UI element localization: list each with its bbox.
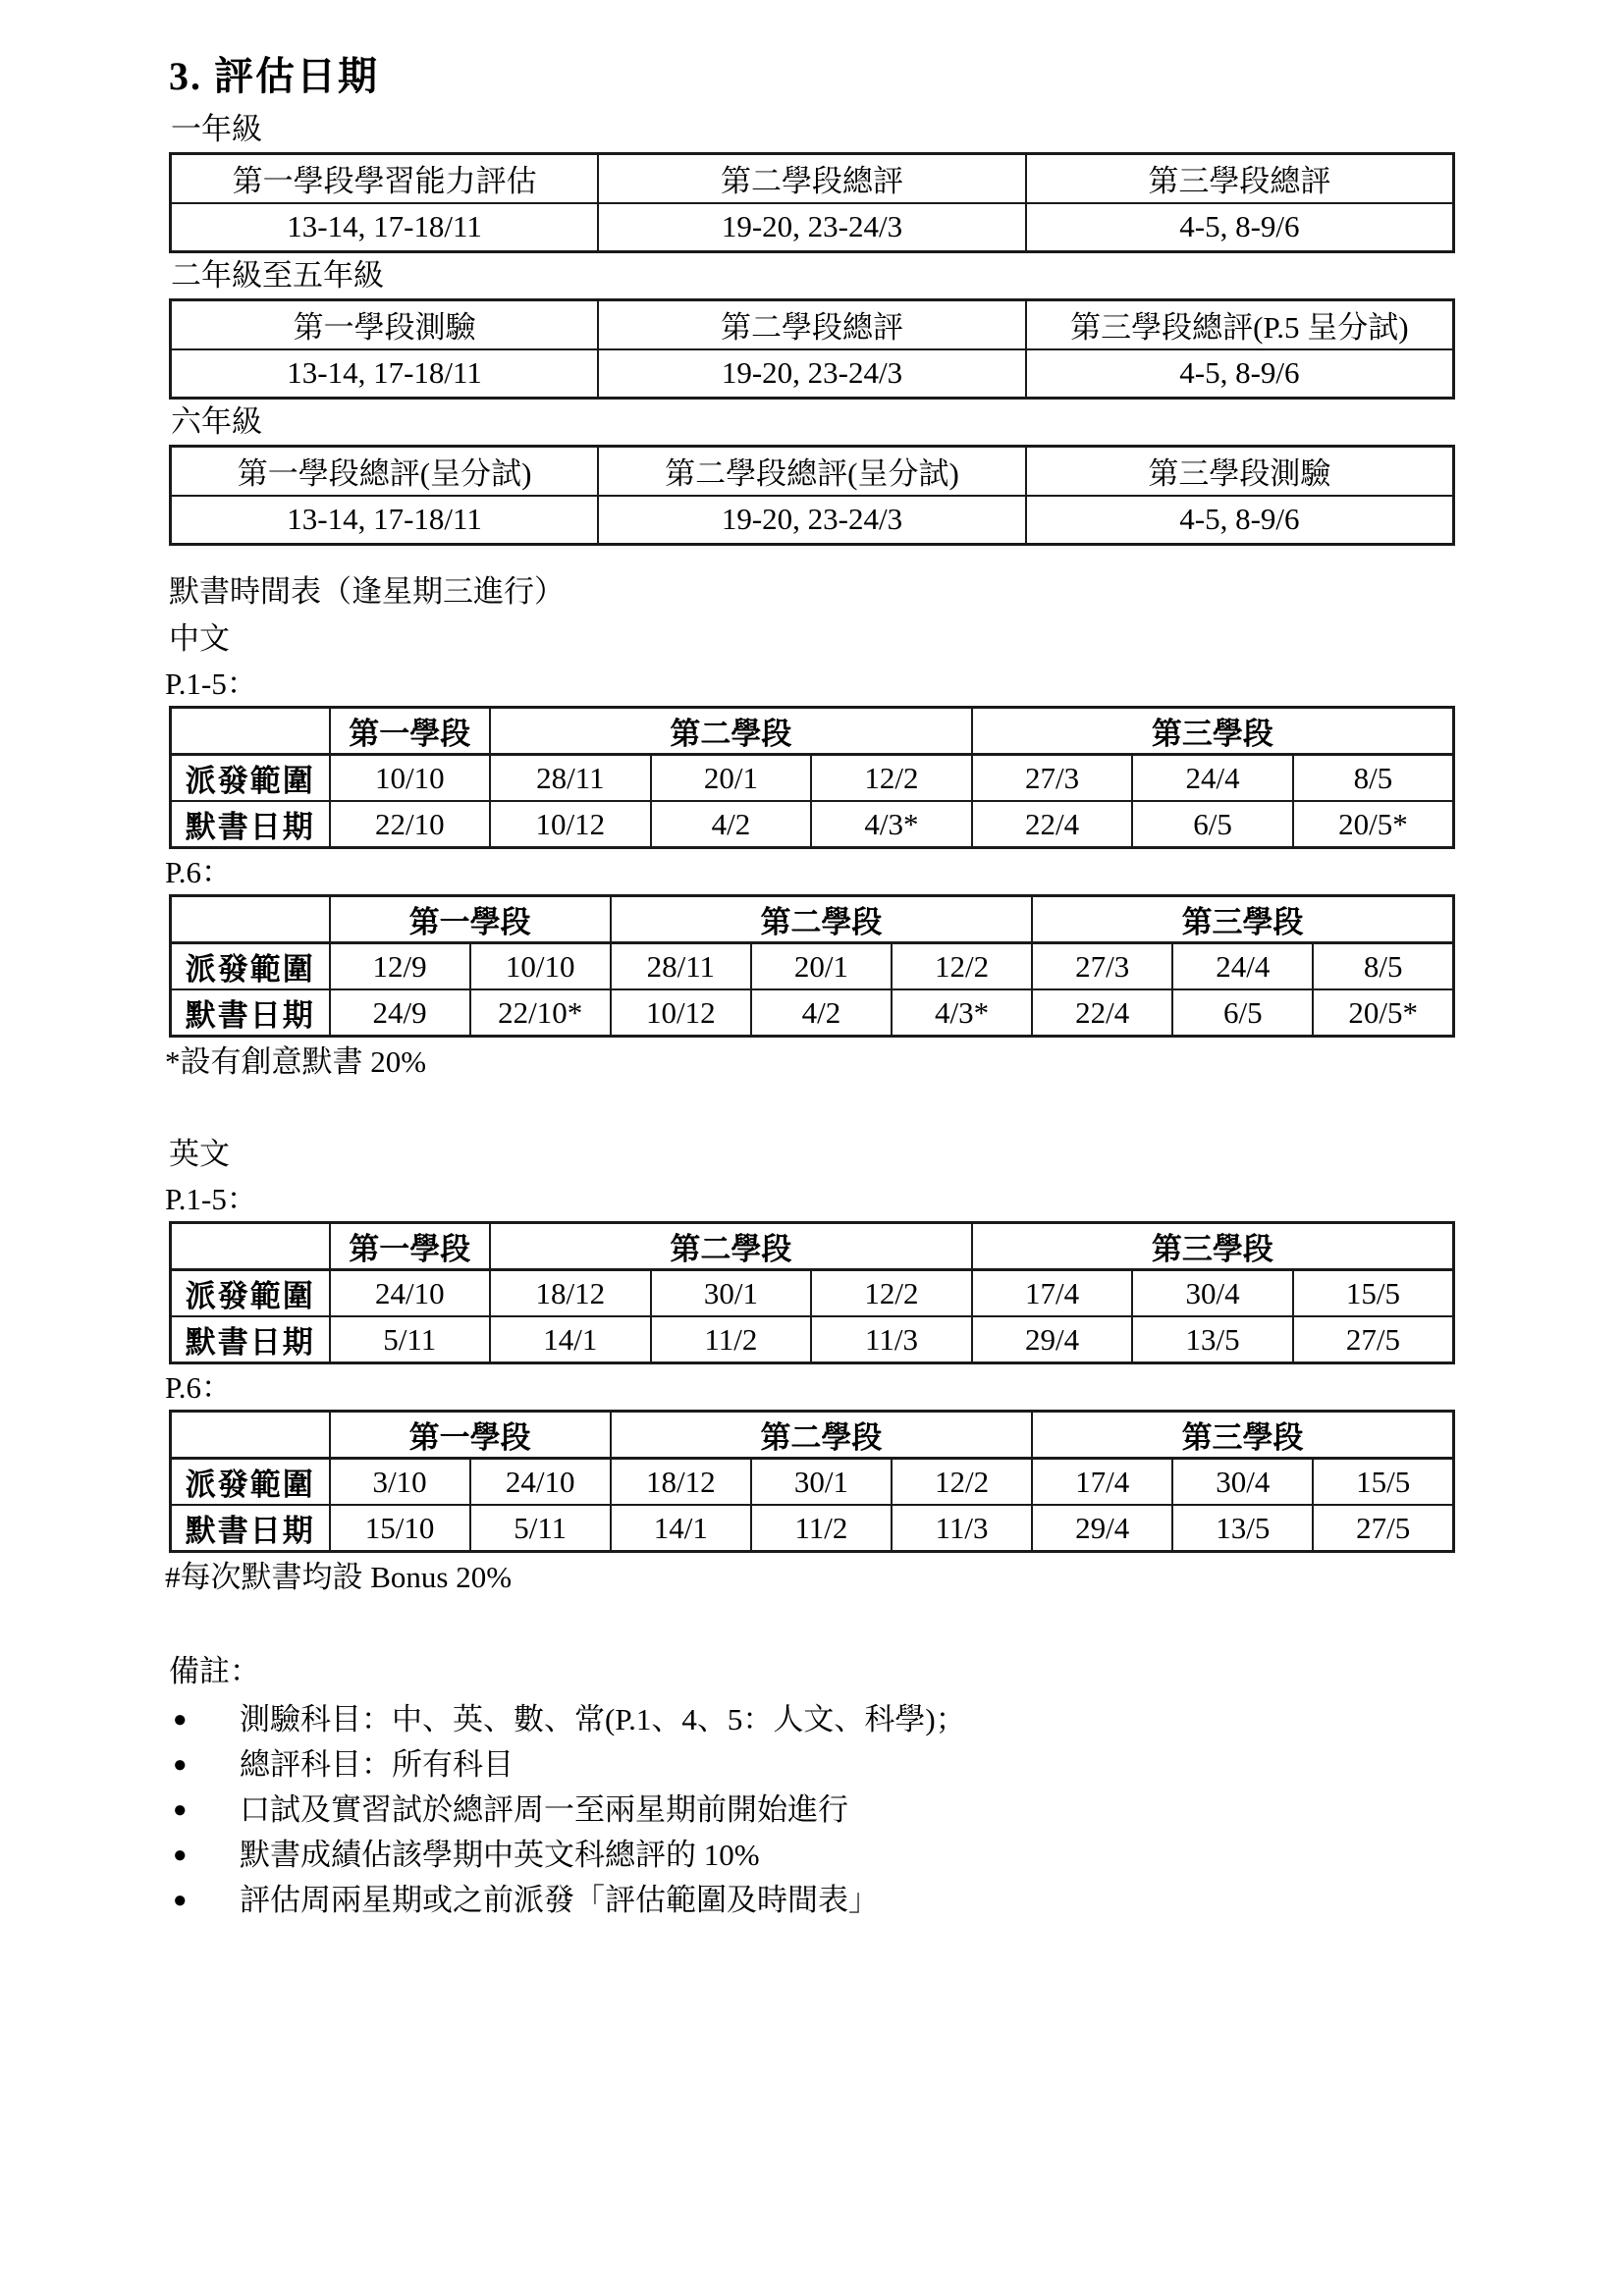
- date-cell: 27/5: [1313, 1505, 1453, 1552]
- term-header-cell: 第一學段測驗: [171, 300, 599, 349]
- term-header-cell: 第二學段: [490, 1223, 972, 1270]
- bullet-icon: ●: [169, 1742, 240, 1788]
- level-label-en-p15: P.1-5：: [165, 1180, 1455, 1219]
- term-header-cell: 第一學段總評(呈分試): [171, 447, 599, 496]
- bullet-icon: ●: [169, 1878, 240, 1923]
- date-cell: 3/10: [330, 1459, 470, 1506]
- date-cell: 4-5, 8-9/6: [1026, 203, 1454, 252]
- term-header-cell: 第一學段: [330, 1223, 491, 1270]
- date-cell: 10/12: [490, 801, 651, 848]
- row-label-cell: 派發範圍: [171, 1270, 330, 1317]
- date-cell: 8/5: [1313, 943, 1453, 990]
- assessment-table-p6: 第一學段總評(呈分試) 第二學段總評(呈分試) 第三學段測驗 13-14, 17…: [169, 445, 1455, 546]
- table-row: 第一學段總評(呈分試) 第二學段總評(呈分試) 第三學段測驗: [171, 447, 1454, 496]
- date-cell: 24/4: [1172, 943, 1313, 990]
- date-cell: 30/4: [1172, 1459, 1313, 1506]
- date-cell: 5/11: [470, 1505, 611, 1552]
- row-label-cell: 默書日期: [171, 1316, 330, 1363]
- date-cell: 19-20, 23-24/3: [598, 349, 1026, 399]
- term-header-cell: 第一學段: [330, 708, 491, 755]
- date-cell: 22/10: [330, 801, 491, 848]
- date-cell: 27/3: [1032, 943, 1172, 990]
- term-header-cell: 第二學段總評: [598, 154, 1026, 203]
- document-page: 3. 評估日期 一年級 第一學段學習能力評估 第二學段總評 第三學段總評 13-…: [0, 0, 1624, 2296]
- term-header-cell: 第二學段: [611, 896, 1032, 943]
- date-cell: 11/3: [811, 1316, 972, 1363]
- row-label-cell: 默書日期: [171, 1505, 330, 1552]
- term-header-cell: 第二學段總評: [598, 300, 1026, 349]
- table-row: 派發範圍 12/9 10/10 28/11 20/1 12/2 27/3 24/…: [171, 943, 1454, 990]
- date-cell: 15/5: [1293, 1270, 1454, 1317]
- date-cell: 4-5, 8-9/6: [1026, 349, 1454, 399]
- table-row: 第一學段 第二學段 第三學段: [171, 896, 1454, 943]
- table-row: 默書日期 15/10 5/11 14/1 11/2 11/3 29/4 13/5…: [171, 1505, 1454, 1552]
- date-cell: 11/2: [751, 1505, 892, 1552]
- english-footnote: #每次默書均設 Bonus 20%: [165, 1560, 1455, 1595]
- chinese-p15-table: 第一學段 第二學段 第三學段 派發範圍 10/10 28/11 20/1 12/…: [169, 706, 1455, 849]
- row-label-cell: 默書日期: [171, 989, 330, 1037]
- date-cell: 18/12: [490, 1270, 651, 1317]
- date-cell: 24/10: [470, 1459, 611, 1506]
- term-header-cell: 第三學段: [972, 708, 1454, 755]
- list-item: ● 總評科目：所有科目: [169, 1742, 1455, 1788]
- english-p15-table: 第一學段 第二學段 第三學段 派發範圍 24/10 18/12 30/1 12/…: [169, 1221, 1455, 1364]
- term-header-cell: 第三學段總評(P.5 呈分試): [1026, 300, 1454, 349]
- date-cell: 30/1: [751, 1459, 892, 1506]
- date-cell: 17/4: [972, 1270, 1133, 1317]
- level-label-cn-p15: P.1-5：: [165, 665, 1455, 704]
- date-cell: 4/2: [751, 989, 892, 1037]
- page-title: 3. 評估日期: [169, 54, 1455, 99]
- bullet-icon: ●: [169, 1833, 240, 1878]
- grade-label-p2-5: 二年級至五年級: [171, 257, 1455, 294]
- date-cell: 11/2: [651, 1316, 812, 1363]
- term-header-cell: 第二學段: [611, 1412, 1032, 1459]
- note-text: 默書成績佔該學期中英文科總評的 10%: [240, 1833, 1455, 1878]
- date-cell: 10/12: [611, 989, 751, 1037]
- date-cell: 17/4: [1032, 1459, 1172, 1506]
- row-label-cell: 派發範圍: [171, 755, 330, 802]
- assessment-table-p2-5: 第一學段測驗 第二學段總評 第三學段總評(P.5 呈分試) 13-14, 17-…: [169, 298, 1455, 400]
- term-header-cell: 第三學段總評: [1026, 154, 1454, 203]
- term-header-cell: 第三學段: [1032, 896, 1453, 943]
- date-cell: 27/3: [972, 755, 1133, 802]
- table-row: 13-14, 17-18/11 19-20, 23-24/3 4-5, 8-9/…: [171, 349, 1454, 399]
- date-cell: 6/5: [1172, 989, 1313, 1037]
- term-header-cell: 第一學段: [330, 896, 611, 943]
- term-header-cell: 第一學段學習能力評估: [171, 154, 599, 203]
- date-cell: 4-5, 8-9/6: [1026, 496, 1454, 545]
- date-cell: 13/5: [1172, 1505, 1313, 1552]
- table-row: 第一學段學習能力評估 第二學段總評 第三學段總評: [171, 154, 1454, 203]
- date-cell: 20/5*: [1313, 989, 1453, 1037]
- date-cell: 30/1: [651, 1270, 812, 1317]
- table-row: 默書日期 24/9 22/10* 10/12 4/2 4/3* 22/4 6/5…: [171, 989, 1454, 1037]
- term-header-cell: 第一學段: [330, 1412, 611, 1459]
- date-cell: 5/11: [330, 1316, 491, 1363]
- notes-heading: 備註：: [169, 1652, 1455, 1691]
- note-text: 總評科目：所有科目: [240, 1742, 1455, 1788]
- table-row: 第一學段 第二學段 第三學段: [171, 708, 1454, 755]
- date-cell: 12/2: [892, 1459, 1032, 1506]
- term-header-cell: 第二學段: [490, 708, 972, 755]
- table-row: 13-14, 17-18/11 19-20, 23-24/3 4-5, 8-9/…: [171, 496, 1454, 545]
- date-cell: 15/10: [330, 1505, 470, 1552]
- subject-label-english: 英文: [169, 1135, 1455, 1174]
- term-header-cell: 第三學段測驗: [1026, 447, 1454, 496]
- date-cell: 4/2: [651, 801, 812, 848]
- date-cell: 22/4: [1032, 989, 1172, 1037]
- date-cell: 22/4: [972, 801, 1133, 848]
- note-text: 評估周兩星期或之前派發「評估範圍及時間表」: [240, 1878, 1455, 1923]
- english-p6-table: 第一學段 第二學段 第三學段 派發範圍 3/10 24/10 18/12 30/…: [169, 1410, 1455, 1553]
- date-cell: 24/10: [330, 1270, 491, 1317]
- date-cell: 20/1: [751, 943, 892, 990]
- date-cell: 11/3: [892, 1505, 1032, 1552]
- table-row: 派發範圍 3/10 24/10 18/12 30/1 12/2 17/4 30/…: [171, 1459, 1454, 1506]
- date-cell: 27/5: [1293, 1316, 1454, 1363]
- date-cell: 10/10: [470, 943, 611, 990]
- term-header-cell: 第三學段: [972, 1223, 1454, 1270]
- date-cell: 22/10*: [470, 989, 611, 1037]
- term-header-cell: 第三學段: [1032, 1412, 1453, 1459]
- date-cell: 19-20, 23-24/3: [598, 203, 1026, 252]
- date-cell: 13-14, 17-18/11: [171, 203, 599, 252]
- date-cell: 28/11: [611, 943, 751, 990]
- date-cell: 14/1: [490, 1316, 651, 1363]
- date-cell: 29/4: [972, 1316, 1133, 1363]
- subject-label-chinese: 中文: [169, 619, 1455, 659]
- date-cell: 4/3*: [892, 989, 1032, 1037]
- date-cell: 12/2: [811, 1270, 972, 1317]
- row-label-cell: 派發範圍: [171, 1459, 330, 1506]
- bullet-icon: ●: [169, 1697, 240, 1742]
- date-cell: 19-20, 23-24/3: [598, 496, 1026, 545]
- row-label-cell: 默書日期: [171, 801, 330, 848]
- date-cell: 28/11: [490, 755, 651, 802]
- table-row: 13-14, 17-18/11 19-20, 23-24/3 4-5, 8-9/…: [171, 203, 1454, 252]
- dictation-heading: 默書時間表（逢星期三進行）: [169, 572, 1455, 612]
- chinese-footnote: *設有創意默書 20%: [165, 1044, 1455, 1080]
- corner-cell: [171, 896, 330, 943]
- date-cell: 8/5: [1293, 755, 1454, 802]
- date-cell: 24/9: [330, 989, 470, 1037]
- date-cell: 6/5: [1132, 801, 1293, 848]
- table-row: 第一學段 第二學段 第三學段: [171, 1223, 1454, 1270]
- date-cell: 4/3*: [811, 801, 972, 848]
- note-text: 測驗科目：中、英、數、常(P.1、4、5：人文、科學)；: [240, 1697, 1455, 1742]
- date-cell: 30/4: [1132, 1270, 1293, 1317]
- table-row: 第一學段測驗 第二學段總評 第三學段總評(P.5 呈分試): [171, 300, 1454, 349]
- table-row: 第一學段 第二學段 第三學段: [171, 1412, 1454, 1459]
- row-label-cell: 派發範圍: [171, 943, 330, 990]
- date-cell: 13/5: [1132, 1316, 1293, 1363]
- date-cell: 13-14, 17-18/11: [171, 349, 599, 399]
- corner-cell: [171, 708, 330, 755]
- note-text: 口試及實習試於總評周一至兩星期前開始進行: [240, 1788, 1455, 1833]
- term-header-cell: 第二學段總評(呈分試): [598, 447, 1026, 496]
- assessment-table-p1: 第一學段學習能力評估 第二學段總評 第三學段總評 13-14, 17-18/11…: [169, 152, 1455, 253]
- date-cell: 20/5*: [1293, 801, 1454, 848]
- date-cell: 24/4: [1132, 755, 1293, 802]
- bullet-icon: ●: [169, 1788, 240, 1833]
- date-cell: 12/9: [330, 943, 470, 990]
- date-cell: 12/2: [892, 943, 1032, 990]
- list-item: ● 口試及實習試於總評周一至兩星期前開始進行: [169, 1788, 1455, 1833]
- list-item: ● 默書成績佔該學期中英文科總評的 10%: [169, 1833, 1455, 1878]
- table-row: 默書日期 22/10 10/12 4/2 4/3* 22/4 6/5 20/5*: [171, 801, 1454, 848]
- corner-cell: [171, 1223, 330, 1270]
- date-cell: 12/2: [811, 755, 972, 802]
- chinese-p6-table: 第一學段 第二學段 第三學段 派發範圍 12/9 10/10 28/11 20/…: [169, 894, 1455, 1038]
- list-item: ● 測驗科目：中、英、數、常(P.1、4、5：人文、科學)；: [169, 1697, 1455, 1742]
- date-cell: 13-14, 17-18/11: [171, 496, 599, 545]
- list-item: ● 評估周兩星期或之前派發「評估範圍及時間表」: [169, 1878, 1455, 1923]
- date-cell: 15/5: [1313, 1459, 1453, 1506]
- level-label-en-p6: P.6：: [165, 1368, 1455, 1408]
- date-cell: 29/4: [1032, 1505, 1172, 1552]
- level-label-cn-p6: P.6：: [165, 853, 1455, 892]
- date-cell: 20/1: [651, 755, 812, 802]
- date-cell: 14/1: [611, 1505, 751, 1552]
- grade-label-p1: 一年級: [171, 111, 1455, 148]
- date-cell: 10/10: [330, 755, 491, 802]
- date-cell: 18/12: [611, 1459, 751, 1506]
- table-row: 派發範圍 10/10 28/11 20/1 12/2 27/3 24/4 8/5: [171, 755, 1454, 802]
- grade-label-p6: 六年級: [171, 403, 1455, 441]
- corner-cell: [171, 1412, 330, 1459]
- table-row: 派發範圍 24/10 18/12 30/1 12/2 17/4 30/4 15/…: [171, 1270, 1454, 1317]
- table-row: 默書日期 5/11 14/1 11/2 11/3 29/4 13/5 27/5: [171, 1316, 1454, 1363]
